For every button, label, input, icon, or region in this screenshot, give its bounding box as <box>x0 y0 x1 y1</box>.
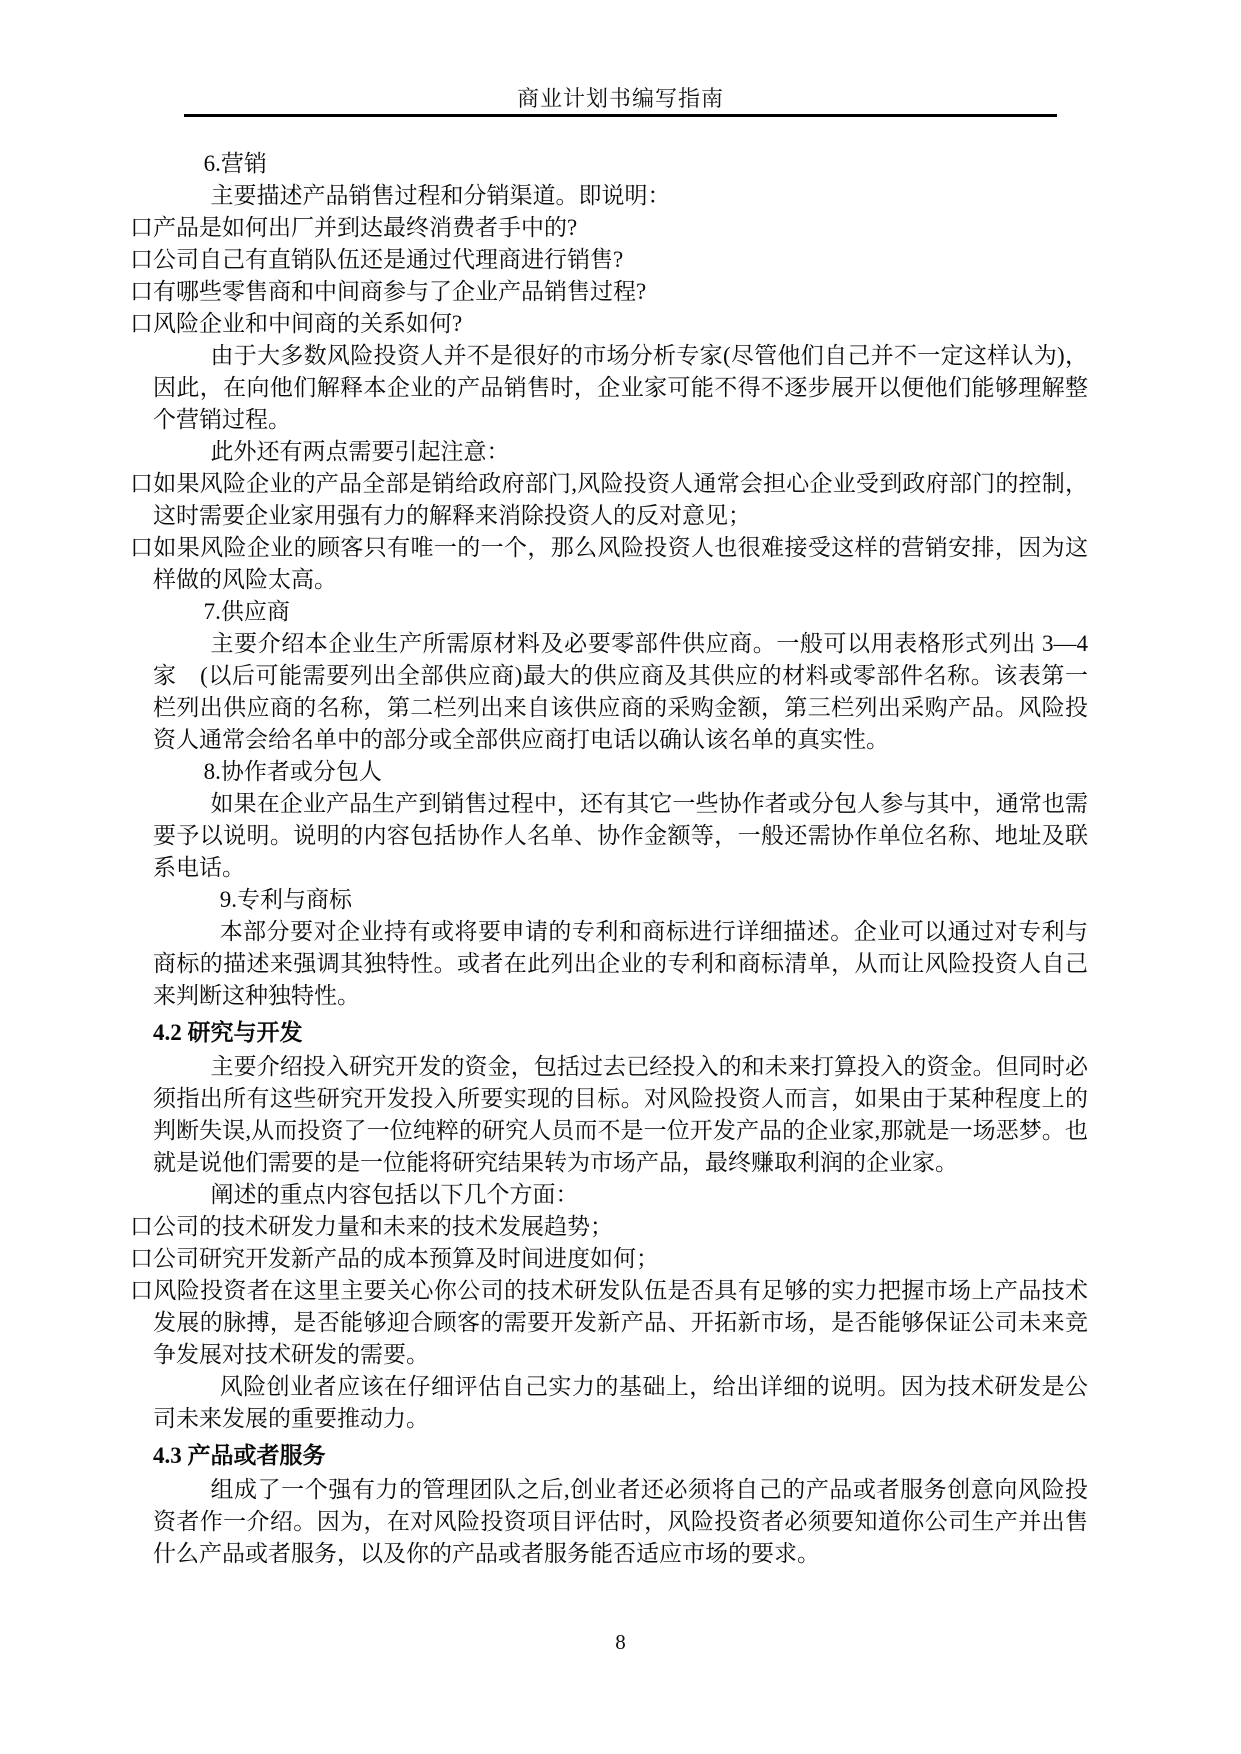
sub-heading: 9.专利与商标 <box>153 884 1088 916</box>
section-heading: 4.3 产品或者服务 <box>153 1440 1088 1472</box>
paragraph: 此外还有两点需要引起注意： <box>153 436 1088 468</box>
sub-heading: 7.供应商 <box>153 596 1088 628</box>
bullet-item: 口风险投资者在这里主要关心你公司的技术研发队伍是否具有足够的实力把握市场上产品技… <box>153 1275 1088 1371</box>
sub-heading: 6.营销 <box>153 148 1088 180</box>
paragraph: 如果在企业产品生产到销售过程中，还有其它一些协作者或分包人参与其中，通常也需要予… <box>153 788 1088 884</box>
bullet-item: 口如果风险企业的产品全部是销给政府部门,风险投资人通常会担心企业受到政府部门的控… <box>153 468 1088 532</box>
bullet-item: 口如果风险企业的顾客只有唯一的一个，那么风险投资人也很难接受这样的营销安排，因为… <box>153 532 1088 596</box>
bullet-item: 口公司的技术研发力量和未来的技术发展趋势； <box>153 1211 1088 1243</box>
bullet-item: 口公司研究开发新产品的成本预算及时间进度如何； <box>153 1243 1088 1275</box>
paragraph: 由于大多数风险投资人并不是很好的市场分析专家(尽管他们自己并不一定这样认为)，因… <box>153 340 1088 436</box>
header-rule <box>184 114 1057 117</box>
document-page: 商业计划书编写指南 6.营销主要描述产品销售过程和分销渠道。即说明：口产品是如何… <box>0 0 1241 1754</box>
paragraph: 主要描述产品销售过程和分销渠道。即说明： <box>153 180 1088 212</box>
bullet-item: 口风险企业和中间商的关系如何? <box>153 308 1088 340</box>
page-number: 8 <box>0 1630 1241 1655</box>
bullet-item: 口公司自己有直销队伍还是通过代理商进行销售? <box>153 244 1088 276</box>
running-header-title: 商业计划书编写指南 <box>0 82 1241 113</box>
paragraph: 阐述的重点内容包括以下几个方面： <box>153 1179 1088 1211</box>
bullet-item: 口有哪些零售商和中间商参与了企业产品销售过程? <box>153 276 1088 308</box>
paragraph: 主要介绍本企业生产所需原材料及必要零部件供应商。一般可以用表格形式列出 3—4 … <box>153 628 1088 756</box>
paragraph: 风险创业者应该在仔细评估自己实力的基础上，给出详细的说明。因为技术研发是公司未来… <box>153 1371 1088 1435</box>
document-body: 6.营销主要描述产品销售过程和分销渠道。即说明：口产品是如何出厂并到达最终消费者… <box>153 148 1088 1570</box>
bullet-item: 口产品是如何出厂并到达最终消费者手中的? <box>153 212 1088 244</box>
paragraph: 组成了一个强有力的管理团队之后,创业者还必须将自己的产品或者服务创意向风险投资者… <box>153 1474 1088 1570</box>
paragraph: 主要介绍投入研究开发的资金，包括过去已经投入的和未来打算投入的资金。但同时必须指… <box>153 1051 1088 1179</box>
paragraph: 本部分要对企业持有或将要申请的专利和商标进行详细描述。企业可以通过对专利与商标的… <box>153 916 1088 1012</box>
sub-heading: 8.协作者或分包人 <box>153 756 1088 788</box>
section-heading: 4.2 研究与开发 <box>153 1017 1088 1049</box>
